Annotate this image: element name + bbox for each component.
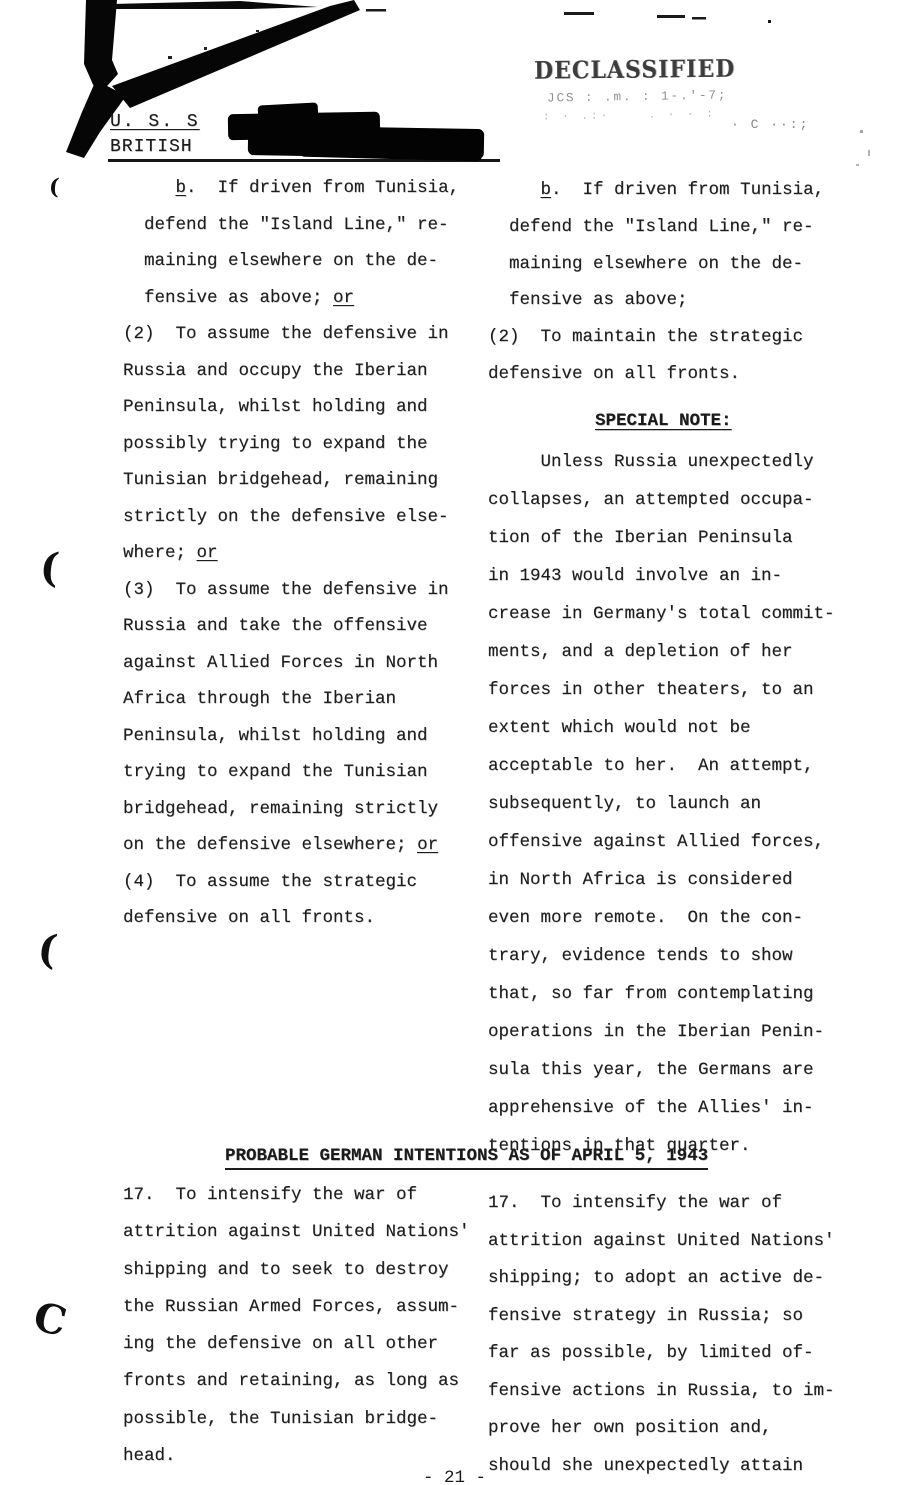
margin-paren-mark: ( bbox=[38, 547, 61, 589]
text-line: that, so far from contemplating bbox=[488, 975, 835, 1013]
special-note-paragraph: Unless Russia unexpectedlycollapses, an … bbox=[488, 443, 835, 1165]
left-column-options-paragraphs: b. If driven from Tunisia, defend the "I… bbox=[123, 170, 459, 937]
margin-paren-mark: C bbox=[30, 1297, 71, 1344]
text-line: extent which would not be bbox=[488, 709, 835, 747]
text-line: defend the "Island Line," re- bbox=[488, 209, 824, 246]
right-column-options-paragraphs: b. If driven from Tunisia, defend the "I… bbox=[488, 172, 824, 393]
text-line: should she unexpectedly attain bbox=[488, 1448, 835, 1485]
text-line: far as possible, by limited of- bbox=[488, 1335, 835, 1373]
text-line: sula this year, the Germans are bbox=[488, 1051, 835, 1089]
text-line: fensive as above; bbox=[488, 282, 824, 319]
text-line: defensive on all fronts. bbox=[488, 356, 824, 393]
text-line: collapses, an attempted occupa- bbox=[488, 481, 835, 519]
scan-noise-dots bbox=[850, 120, 900, 180]
text-line: bridgehead, remaining strictly bbox=[123, 791, 459, 828]
left-column-item-17: 17. To intensify the war ofattrition aga… bbox=[123, 1177, 470, 1475]
text-line: operations in the Iberian Penin- bbox=[488, 1013, 835, 1051]
text-line: maining elsewhere on the de- bbox=[123, 243, 459, 280]
text-line: even more remote. On the con- bbox=[488, 899, 835, 937]
text-line: (3) To assume the defensive in bbox=[123, 572, 459, 609]
text-line: apprehensive of the Allies' in- bbox=[488, 1089, 835, 1127]
text-line: fensive as above; or bbox=[123, 280, 459, 317]
text-line: ing the defensive on all other bbox=[123, 1326, 470, 1363]
special-note-heading: SPECIAL NOTE: bbox=[595, 411, 732, 431]
text-line: (2) To assume the defensive in bbox=[123, 316, 459, 353]
text-line: head. bbox=[123, 1438, 470, 1475]
text-line: shipping and to seek to destroy bbox=[123, 1252, 470, 1289]
text-line: fensive actions in Russia, to im- bbox=[488, 1373, 835, 1411]
text-line: 17. To intensify the war of bbox=[488, 1185, 835, 1223]
text-line: forces in other theaters, to an bbox=[488, 671, 835, 709]
right-column-item-17: 17. To intensify the war ofattrition aga… bbox=[488, 1185, 835, 1485]
text-line: the Russian Armed Forces, assum- bbox=[123, 1289, 470, 1326]
text-line: shipping; to adopt an active de- bbox=[488, 1260, 835, 1298]
text-line: Unless Russia unexpectedly bbox=[488, 443, 835, 481]
text-line: b. If driven from Tunisia, bbox=[488, 172, 824, 209]
text-line: (4) To assume the strategic bbox=[123, 864, 459, 901]
text-line: Peninsula, whilst holding and bbox=[123, 389, 459, 426]
text-line: prove her own position and, bbox=[488, 1410, 835, 1448]
text-line: defend the "Island Line," re- bbox=[123, 207, 459, 244]
text-line: attrition against United Nations' bbox=[123, 1214, 470, 1251]
text-line: against Allied Forces in North bbox=[123, 645, 459, 682]
text-line: where; or bbox=[123, 535, 459, 572]
text-line: 17. To intensify the war of bbox=[123, 1177, 470, 1214]
text-line: maining elsewhere on the de- bbox=[488, 246, 824, 283]
text-line: ments, and a depletion of her bbox=[488, 633, 835, 671]
text-line: crease in Germany's total commit- bbox=[488, 595, 835, 633]
text-line: in 1943 would involve an in- bbox=[488, 557, 835, 595]
text-line: subsequently, to launch an bbox=[488, 785, 835, 823]
text-line: possible, the Tunisian bridge- bbox=[123, 1401, 470, 1438]
text-line: attrition against United Nations' bbox=[488, 1223, 835, 1261]
text-line: Russia and occupy the Iberian bbox=[123, 353, 459, 390]
margin-paren-mark: ( bbox=[35, 929, 59, 971]
text-line: trying to expand the Tunisian bbox=[123, 754, 459, 791]
text-line: tion of the Iberian Peninsula bbox=[488, 519, 835, 557]
section-heading: PROBABLE GERMAN INTENTIONS AS OF APRIL 5… bbox=[225, 1146, 708, 1170]
text-line: in North Africa is considered bbox=[488, 861, 835, 899]
text-line: defensive on all fronts. bbox=[123, 900, 459, 937]
text-line: Peninsula, whilst holding and bbox=[123, 718, 459, 755]
page-number: - 21 - bbox=[423, 1468, 486, 1485]
text-line: b. If driven from Tunisia, bbox=[123, 170, 459, 207]
text-line: Tunisian bridgehead, remaining bbox=[123, 462, 459, 499]
text-line: possibly trying to expand the bbox=[123, 426, 459, 463]
text-line: on the defensive elsewhere; or bbox=[123, 827, 459, 864]
text-line: fensive strategy in Russia; so bbox=[488, 1298, 835, 1336]
text-line: (2) To maintain the strategic bbox=[488, 319, 824, 356]
margin-paren-mark: ( bbox=[48, 176, 60, 199]
text-line: Africa through the Iberian bbox=[123, 681, 459, 718]
text-line: trary, evidence tends to show bbox=[488, 937, 835, 975]
text-line: strictly on the defensive else- bbox=[123, 499, 459, 536]
scanned-document-page: { "stamp": { "title": "DECLASSIFIED", "l… bbox=[0, 0, 900, 1485]
text-line: acceptable to her. An attempt, bbox=[488, 747, 835, 785]
text-line: Russia and take the offensive bbox=[123, 608, 459, 645]
text-line: fronts and retaining, as long as bbox=[123, 1363, 470, 1400]
text-line: offensive against Allied forces, bbox=[488, 823, 835, 861]
